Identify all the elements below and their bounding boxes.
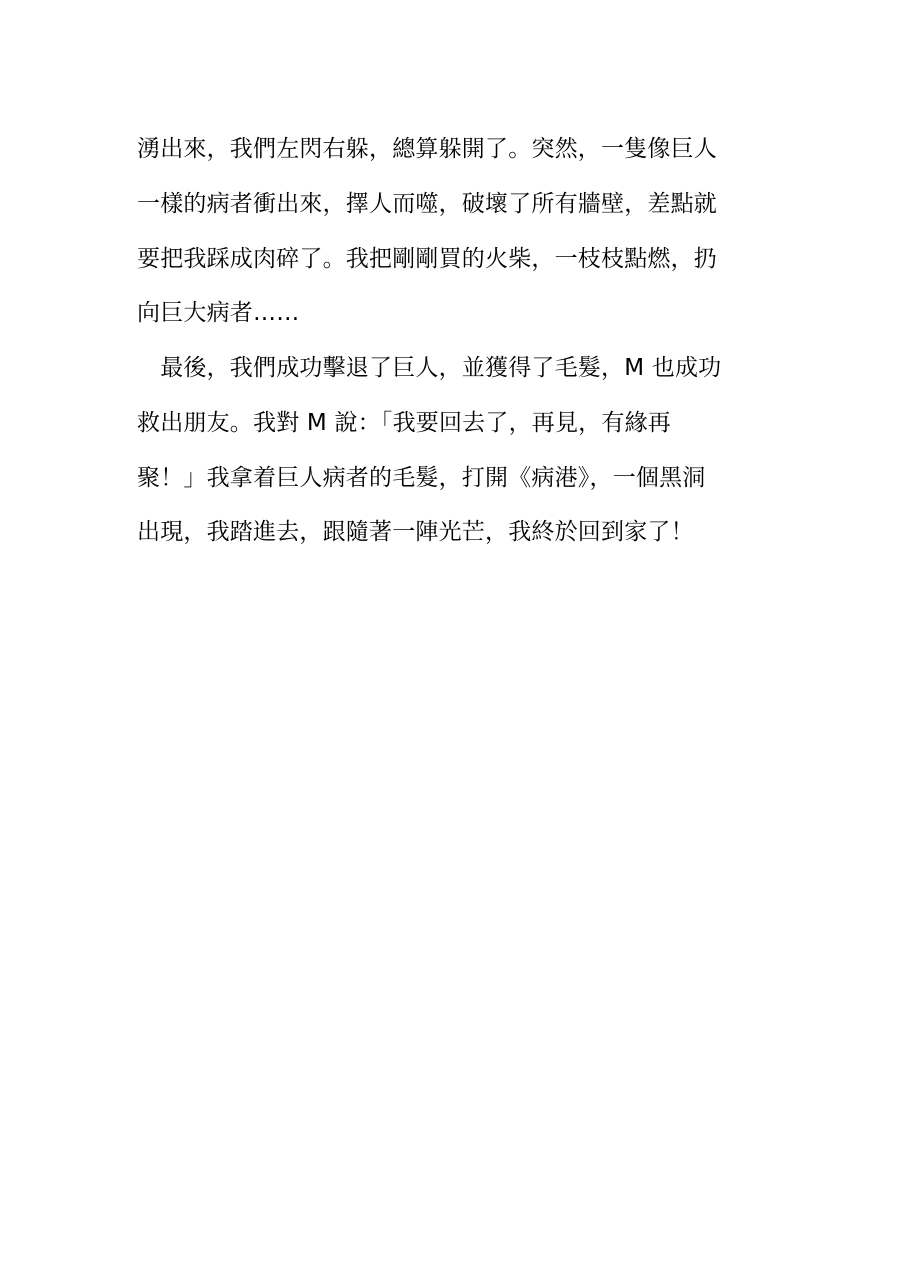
text-line: 救出朋友。我對 M 說：「我要回去了，再見，有緣再	[137, 408, 671, 438]
text-line: 要把我踩成肉碎了。我把剛剛買的火柴，一枝枝點燃，扔	[137, 244, 717, 274]
text-line: 湧出來，我們左閃右躲，總算躲開了。突然，一隻像巨人	[137, 134, 717, 164]
document-page: 湧出來，我們左閃右躲，總算躲開了。突然，一隻像巨人 一樣的病者衝出來，擇人而噬，…	[0, 0, 905, 1280]
paragraph-start-line: 最後，我們成功擊退了巨人，並獲得了毛髮，M 也成功	[137, 353, 721, 383]
text-line: 向巨大病者……	[137, 298, 299, 328]
text-line: 一樣的病者衝出來，擇人而噬，破壞了所有牆壁，差點就	[137, 189, 717, 219]
text-line: 出現，我踏進去，跟隨著一陣光芒，我終於回到家了！	[137, 517, 694, 547]
text-line: 聚！」我拿着巨人病者的毛髮，打開《病港》，一個黑洞	[137, 463, 706, 493]
